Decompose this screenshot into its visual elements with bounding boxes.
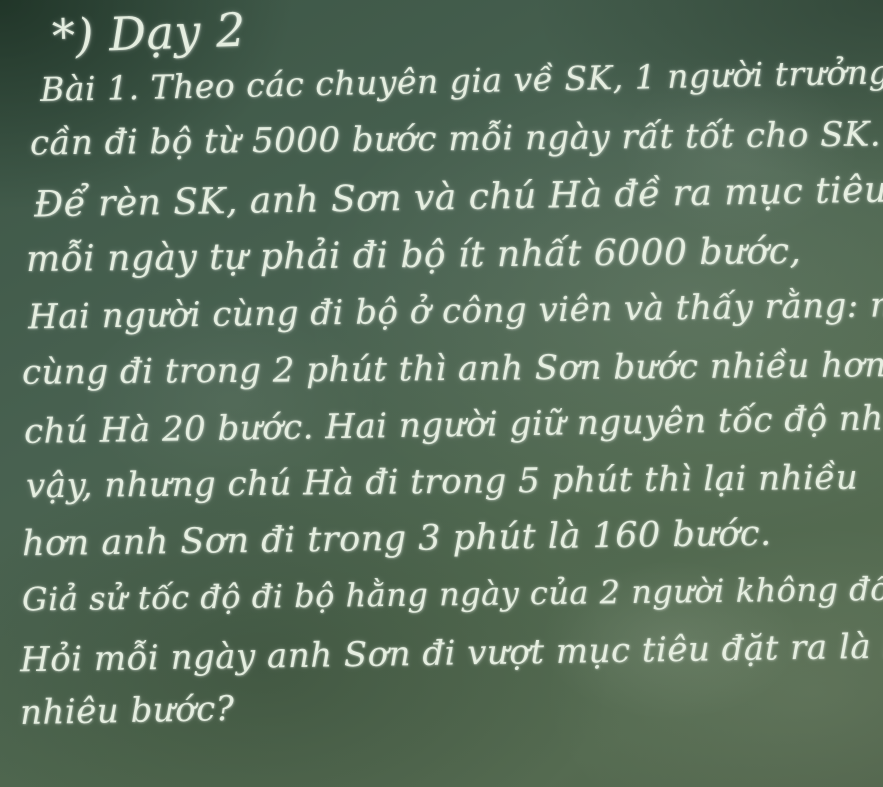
problem-text-line: Giả sử tốc độ đi bộ hằng ngày của 2 ngườ… <box>22 570 883 619</box>
problem-text-line: cùng đi trong 2 phút thì anh Sơn bước nh… <box>22 345 883 393</box>
chalkboard: *) Dạy 2 Bài 1. Theo các chuyên gia về S… <box>0 0 883 787</box>
problem-text-line: Để rèn SK, anh Sơn và chú Hà đề ra mục t… <box>34 170 883 226</box>
problem-text-line: vậy, nhưng chú Hà đi trong 5 phút thì lạ… <box>26 458 859 507</box>
problem-text-line: mỗi ngày tự phải đi bộ ít nhất 6000 bước… <box>26 231 802 280</box>
problem-text-line: hơn anh Sơn đi trong 3 phút là 160 bước. <box>22 514 772 564</box>
lesson-heading: *) Dạy 2 <box>51 3 247 64</box>
problem-text-line: chú Hà 20 bước. Hai người giữ nguyên tốc… <box>24 398 883 452</box>
problem-text-line: cần đi bộ từ 5000 bước mỗi ngày rất tốt … <box>30 115 882 164</box>
problem-text-line: Hai người cùng đi bộ ở công viên và thấy… <box>28 285 883 338</box>
problem-text-line: nhiêu bước? <box>20 689 235 733</box>
problem-text-line: Hỏi mỗi ngày anh Sơn đi vượt mục tiêu đặ… <box>20 626 883 681</box>
